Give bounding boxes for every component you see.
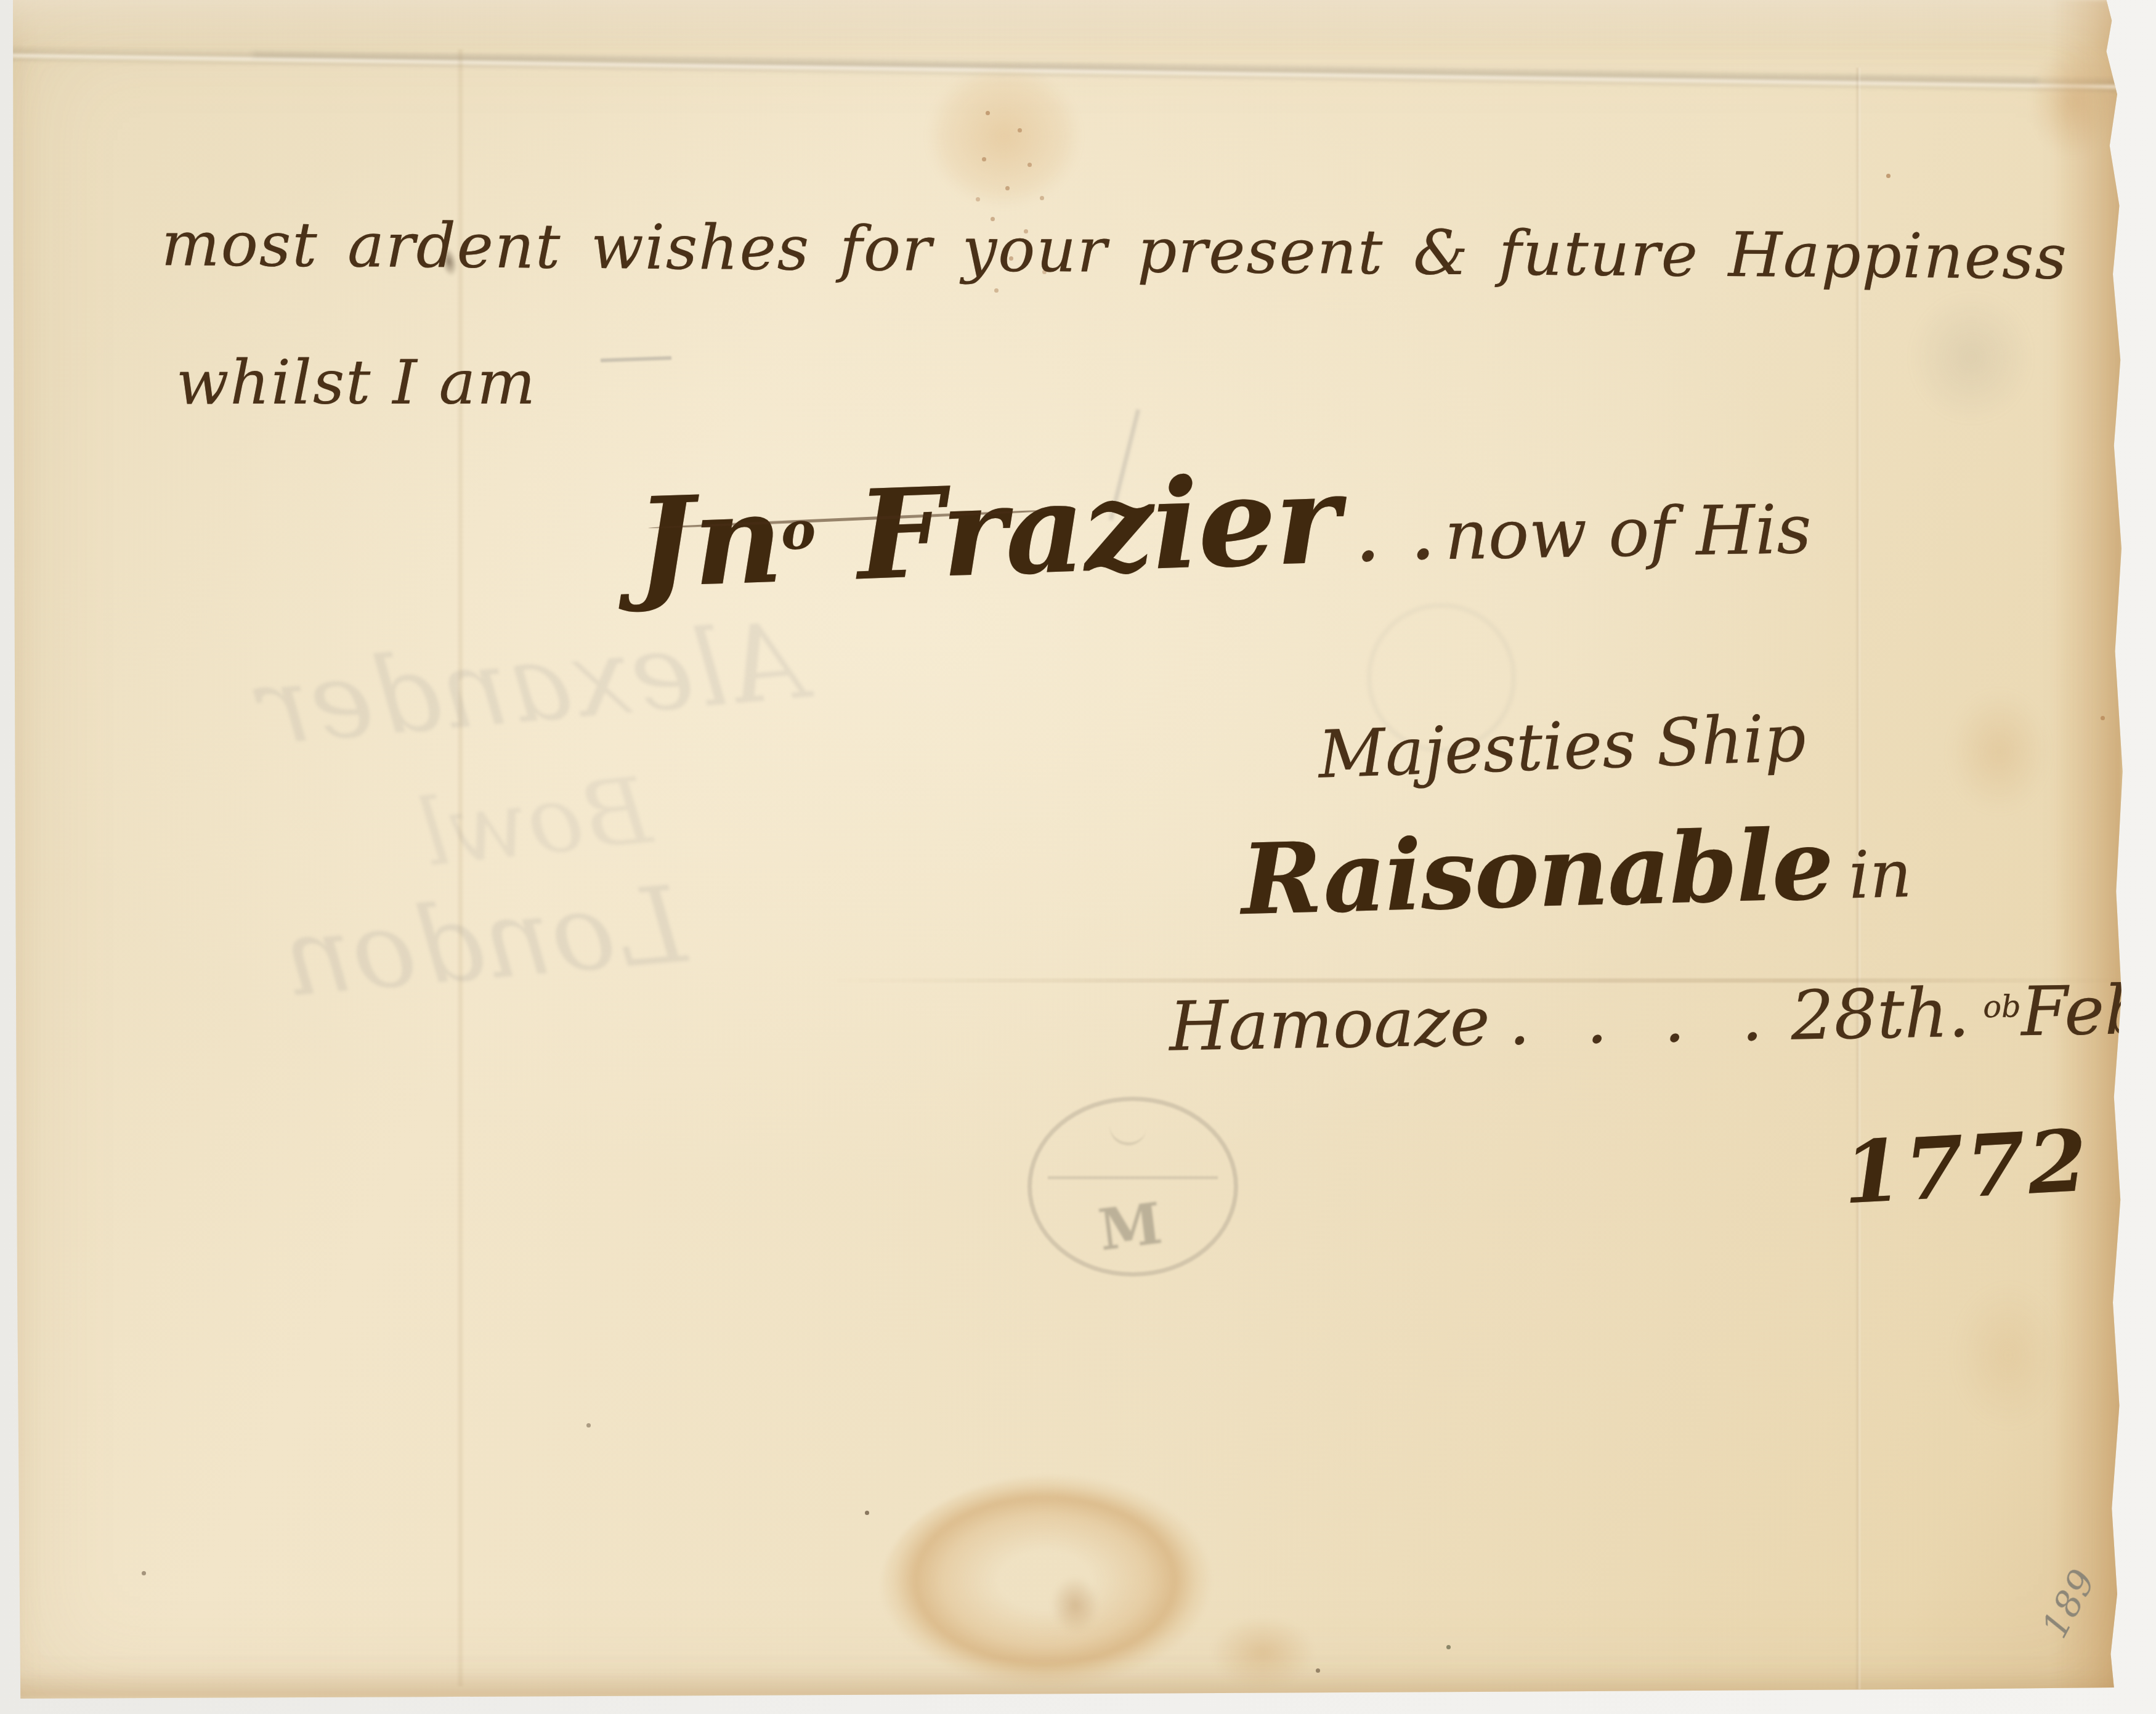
dateline-month-pre-superscript: ob <box>1983 989 2022 1025</box>
ship-name-suffix: in <box>1848 836 1913 914</box>
signature-superscript: o <box>780 500 816 562</box>
dateline-month: Feb: <box>2020 970 2156 1051</box>
dateline-year: 1772 <box>1841 1110 2092 1224</box>
scanned-letter-page: Alexander Bowl London M most ardent wish… <box>0 0 2156 1714</box>
signature-dots: . . <box>1355 500 1440 576</box>
stain-top-right-corner <box>2014 25 2131 179</box>
faint-circular-stamp: M <box>1027 1097 1238 1277</box>
signature-given: Jn <box>633 466 784 616</box>
water-stain-bottom-core <box>1041 1565 1109 1645</box>
paper-top-strip <box>0 0 2156 48</box>
water-stain-bottom-lobe <box>1189 1602 1337 1704</box>
dateline-place: Hamoaze <box>1169 981 1491 1066</box>
stain-right-middle <box>1928 665 2070 838</box>
dark-specks <box>865 1511 869 1515</box>
letter-paper: Alexander Bowl London M most ardent wish… <box>0 0 2156 1714</box>
letter-body-line-2: whilst I am <box>176 346 537 418</box>
signature-surname: Frazier <box>813 447 1341 609</box>
foxing-speckles <box>986 111 990 115</box>
letter-continuation: now of His <box>1444 490 1812 575</box>
stamp-letter: M <box>1095 1190 1165 1264</box>
signature: Jno Frazier. . <box>633 443 1441 615</box>
stain-right-lower <box>1934 1257 2082 1454</box>
ship-name-line: Raisonablein <box>1240 806 1913 937</box>
ship-name: Raisonable <box>1240 808 1834 937</box>
dateline-dots: . . . . <box>1508 977 1781 1060</box>
letter-body-line-1: most ardent wishes for your present & fu… <box>161 208 2069 293</box>
dateline-day: 28th. <box>1790 973 1970 1055</box>
